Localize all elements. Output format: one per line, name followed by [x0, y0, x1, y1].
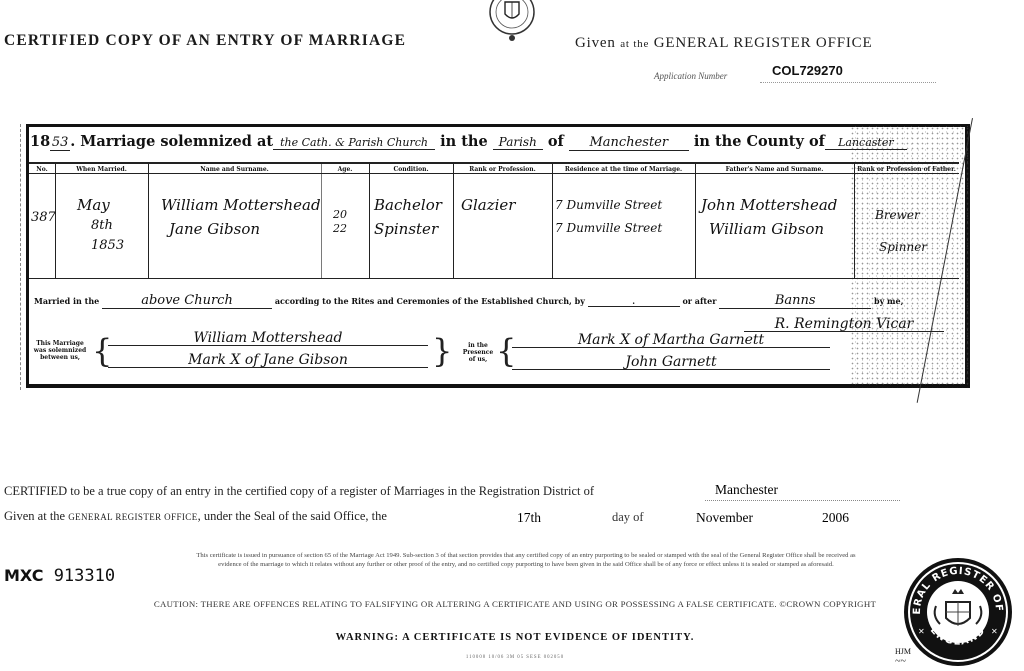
issue-year: 2006 [822, 510, 849, 526]
by-me-label: by me, [874, 296, 903, 306]
witness-2-signature: John Garnett [512, 354, 830, 370]
identity-warning: WARNING: A CERTIFICATE IS NOT EVIDENCE O… [150, 632, 880, 643]
entry-month: May [77, 196, 110, 214]
office-name: GENERAL REGISTER OFFICE [654, 35, 873, 51]
day-of-label: day of [612, 510, 644, 525]
by-value: . [588, 296, 680, 307]
heading-solemnized: Marriage solemnized at [80, 133, 273, 150]
given-at-label: at the [620, 38, 649, 50]
column-divider [321, 162, 322, 279]
heading-county: in the County of [694, 133, 825, 150]
groom-residence: 7 Dumville Street [555, 198, 662, 212]
document-title: CERTIFIED COPY OF AN ENTRY OF MARRIAGE [4, 32, 406, 50]
issuer-initials: HJM [895, 647, 911, 656]
year-prefix: 18 [30, 133, 50, 150]
register-heading: 1853. Marriage solemnized atthe Cath. & … [30, 133, 907, 151]
entry-year: 1853 [91, 238, 124, 253]
column-divider [148, 162, 149, 279]
application-number: COL729270 [772, 63, 843, 78]
page-edge-marks [20, 124, 24, 390]
bride-signature: Mark X of Jane Gibson [108, 352, 428, 368]
presence-label: in the Presence of us, [460, 342, 496, 363]
groom-signature: William Mottershead [108, 330, 428, 346]
column-divider [453, 162, 454, 279]
heading-in-the: in the [440, 133, 488, 150]
given-at-office: Given at the GENERAL REGISTER OFFICE [575, 35, 872, 52]
registration-district: Manchester [715, 482, 778, 498]
royal-crest-icon [486, 0, 538, 46]
certificate-serial: MXC 913310 [4, 566, 115, 586]
serial-prefix: MXC [4, 566, 43, 585]
application-number-label: Application Number [654, 71, 727, 81]
column-divider [695, 162, 696, 279]
bride-name: Jane Gibson [169, 220, 260, 238]
groom-name: William Mottershead [161, 196, 321, 214]
groom-father-rank: Brewer [875, 208, 920, 222]
bride-father-name: William Gibson [709, 220, 824, 238]
county: Lancaster [825, 136, 907, 150]
between-us-label: This Marriage was solemnized between us, [30, 340, 90, 361]
application-number-line [760, 82, 936, 83]
married-in-line: Married in the above Church according to… [34, 293, 903, 309]
register-entry-row: 387 May 8th 1853 William Mottershead Jan… [29, 174, 959, 279]
bride-age: 22 [333, 222, 347, 235]
entry-day: 8th [91, 218, 113, 233]
column-divider [552, 162, 553, 279]
groom-age: 20 [333, 208, 347, 221]
serial-number: 913310 [54, 566, 115, 586]
column-header-row: No. When Married. Name and Surname. Age.… [29, 162, 959, 174]
column-divider [369, 162, 370, 279]
married-in-label: Married in the [34, 296, 99, 306]
bride-father-rank: Spinner [879, 240, 927, 254]
certification-statement: CERTIFIED to be a true copy of an entry … [4, 484, 594, 499]
place-of-marriage: the Cath. & Parish Church [273, 136, 435, 150]
entry-number: 387 [31, 210, 56, 225]
groom-rank: Glazier [461, 196, 515, 214]
or-after-value: Banns [719, 293, 871, 309]
issue-day: 17th [517, 510, 541, 526]
legal-notice: This certificate is issued in pursuance … [196, 551, 856, 569]
right-brace: } [432, 336, 452, 366]
bride-residence: 7 Dumville Street [555, 221, 662, 235]
witness-1-signature: Mark X of Martha Garnett [512, 332, 830, 348]
svg-text:✕: ✕ [918, 627, 925, 636]
office-name-small: General Register Office [68, 512, 197, 522]
bride-condition: Spinster [374, 220, 438, 238]
year-suffix: 53 [50, 135, 70, 151]
officiant-signature: R. Remington Vicar [744, 316, 944, 332]
or-after-label: or after [682, 296, 716, 306]
register-district: Manchester [569, 135, 689, 151]
svg-text:✕: ✕ [991, 627, 998, 636]
issuer-signature-mark: ~~ [895, 656, 906, 667]
given-at-label: Given at the [4, 509, 65, 523]
column-divider [854, 162, 855, 279]
rites-text: according to the Rites and Ceremonies of… [275, 296, 585, 306]
under-seal-text: , under the Seal of the said Office, the [198, 509, 387, 523]
district-line [705, 500, 900, 501]
caution-notice: CAUTION: THERE ARE OFFENCES RELATING TO … [150, 599, 880, 610]
given-under-seal: Given at the General Register Office, un… [4, 509, 387, 524]
general-register-office-seal-icon: GENERAL REGISTER OFFICE ENGLAND ✕ ✕ [902, 556, 1014, 668]
given-label: Given [575, 35, 616, 51]
married-in-value: above Church [102, 293, 272, 309]
groom-father-name: John Mottershead [701, 196, 837, 214]
form-code: 110008 10/06 3M 05 SESE 002050 [150, 655, 880, 660]
issue-month: November [696, 510, 753, 526]
district-type: Parish [493, 135, 543, 150]
heading-of: of [548, 133, 564, 150]
groom-condition: Bachelor [374, 196, 442, 214]
